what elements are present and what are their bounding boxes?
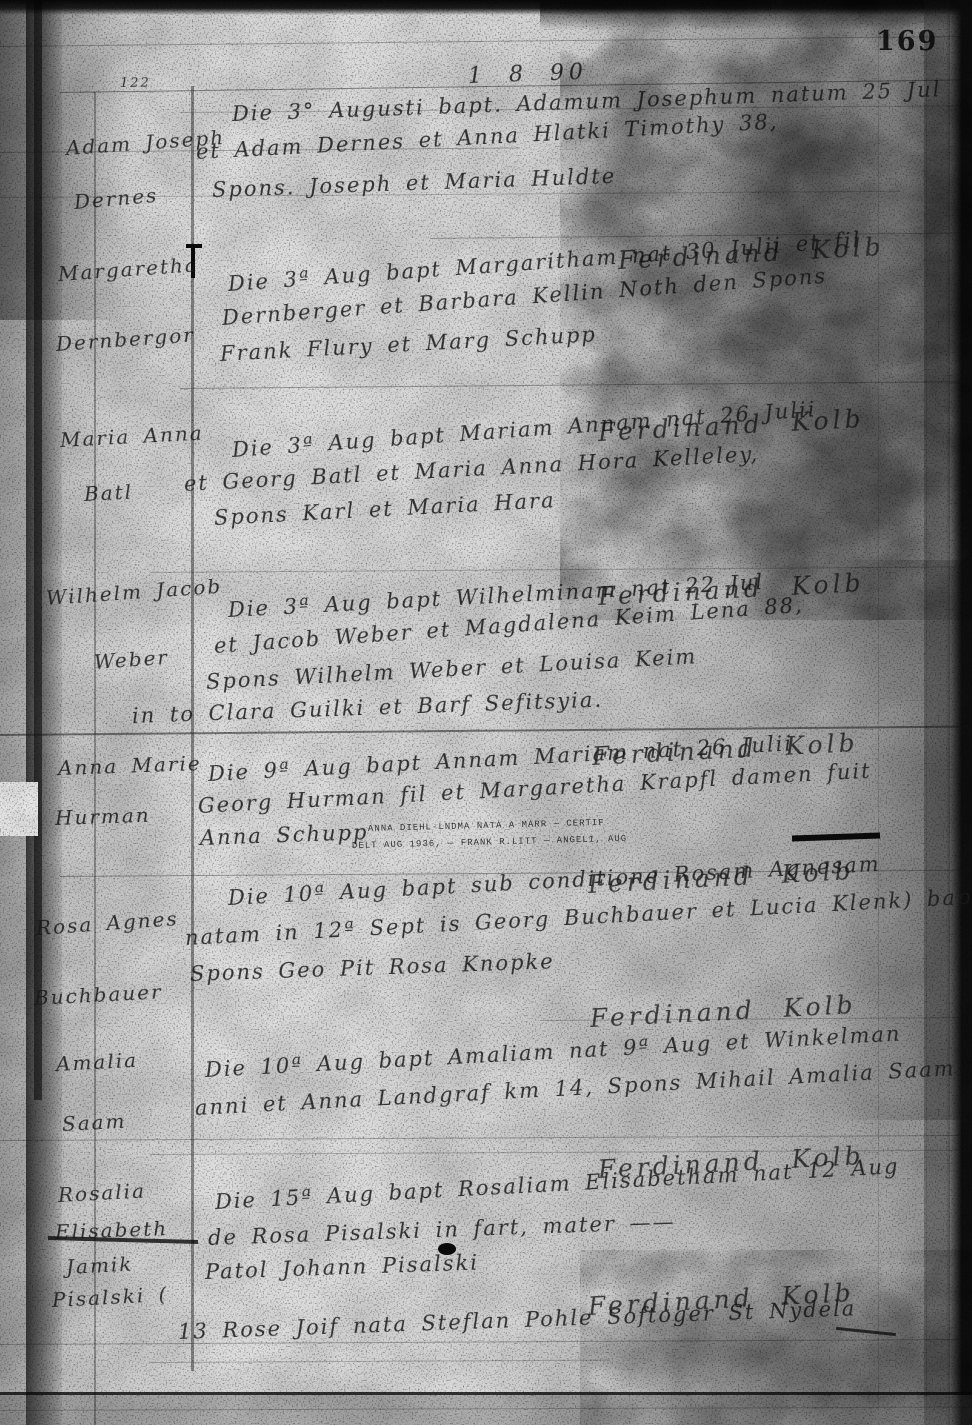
scan-edge-top bbox=[0, 0, 972, 15]
scan-edge-right bbox=[946, 0, 972, 1425]
year-heading: 1 8 90 bbox=[468, 60, 589, 89]
entry-margin-name: Dernes bbox=[73, 183, 159, 214]
entry-body-line: Frank Flury et Marg Schupp bbox=[219, 322, 597, 366]
entry-body-line: Anna Schupp bbox=[200, 820, 369, 850]
ruled-line bbox=[0, 1339, 972, 1345]
entry-margin-name: Pisalski ( bbox=[51, 1282, 168, 1312]
scan-edge-bottom-line bbox=[0, 1392, 972, 1395]
entry-margin-name: Saam bbox=[61, 1109, 127, 1136]
blotch-layer-bottom-right bbox=[580, 1250, 972, 1425]
entry-margin-name: Rosa Agnes bbox=[35, 906, 179, 940]
entry-margin-name: Rosalia bbox=[57, 1178, 146, 1207]
scanned-register-page: 122 1 8 90 169 Die 3° Augusti bapt. Adam… bbox=[0, 0, 972, 1425]
entry-body-line: Spons Karl et Maria Hara bbox=[213, 488, 556, 530]
binding-band-left bbox=[26, 0, 62, 1425]
entry-body-line: Patol Johann Pisalski bbox=[205, 1250, 480, 1284]
ruled-line bbox=[150, 1360, 610, 1363]
entry-margin-name: Jamik bbox=[65, 1251, 134, 1278]
toner-blob-mid-right bbox=[700, 300, 972, 720]
entry-margin-name: Weber bbox=[93, 645, 169, 674]
entry-margin-name: Anna Marie bbox=[58, 751, 202, 780]
scan-edge-right-inner bbox=[924, 0, 950, 1425]
entry-margin-name: Hurman bbox=[55, 803, 151, 830]
ruled-line bbox=[0, 1407, 972, 1411]
column-rule-right-2 bbox=[926, 30, 927, 1410]
entry-margin-name: Margaretha bbox=[57, 252, 199, 286]
entry-body-line: Spons. Joseph et Maria Huldte bbox=[212, 164, 617, 202]
entry-margin-name: Elisabeth bbox=[55, 1216, 169, 1244]
entry-margin-name: Dernbergor bbox=[55, 322, 195, 356]
ruled-line bbox=[0, 1135, 972, 1141]
column-rule-margin bbox=[191, 86, 194, 1371]
entry-body-line: Die 15ª Aug bapt Rosaliam Elisabetham na… bbox=[214, 1154, 900, 1214]
film-notch-white-tab bbox=[0, 782, 38, 836]
typed-annotation-line: ANNA DIEHL-LNDMA NATA A MARR — CERTIF bbox=[368, 818, 605, 834]
entry-number: 122 bbox=[120, 75, 151, 91]
ruled-line bbox=[0, 36, 972, 47]
entry-margin-name: Maria Anna bbox=[59, 420, 204, 451]
typed-annotation-line: DELT AUG 1936, — FRANK R.LITT — ANGELI, … bbox=[352, 834, 627, 851]
entry-margin-name: Wilhelm Jacob bbox=[45, 574, 223, 610]
entry-body-line: Spons Geo Pit Rosa Knopke bbox=[190, 949, 555, 986]
page-number: 169 bbox=[876, 26, 938, 57]
ink-flourish bbox=[836, 1327, 896, 1336]
entry-margin-name: Buchbauer bbox=[33, 979, 163, 1010]
ink-strikethrough bbox=[792, 832, 880, 841]
entry-final-line: 13 Rose Joif nata Steflan Pohle Softoger… bbox=[178, 1296, 857, 1344]
entry-margin-name: Batl bbox=[83, 479, 133, 506]
entry-body-line: in to Clara Guilki et Barf Sefitsyia. bbox=[132, 688, 604, 728]
ruled-line bbox=[180, 381, 972, 389]
entry-margin-name: Amalia bbox=[55, 1048, 138, 1076]
